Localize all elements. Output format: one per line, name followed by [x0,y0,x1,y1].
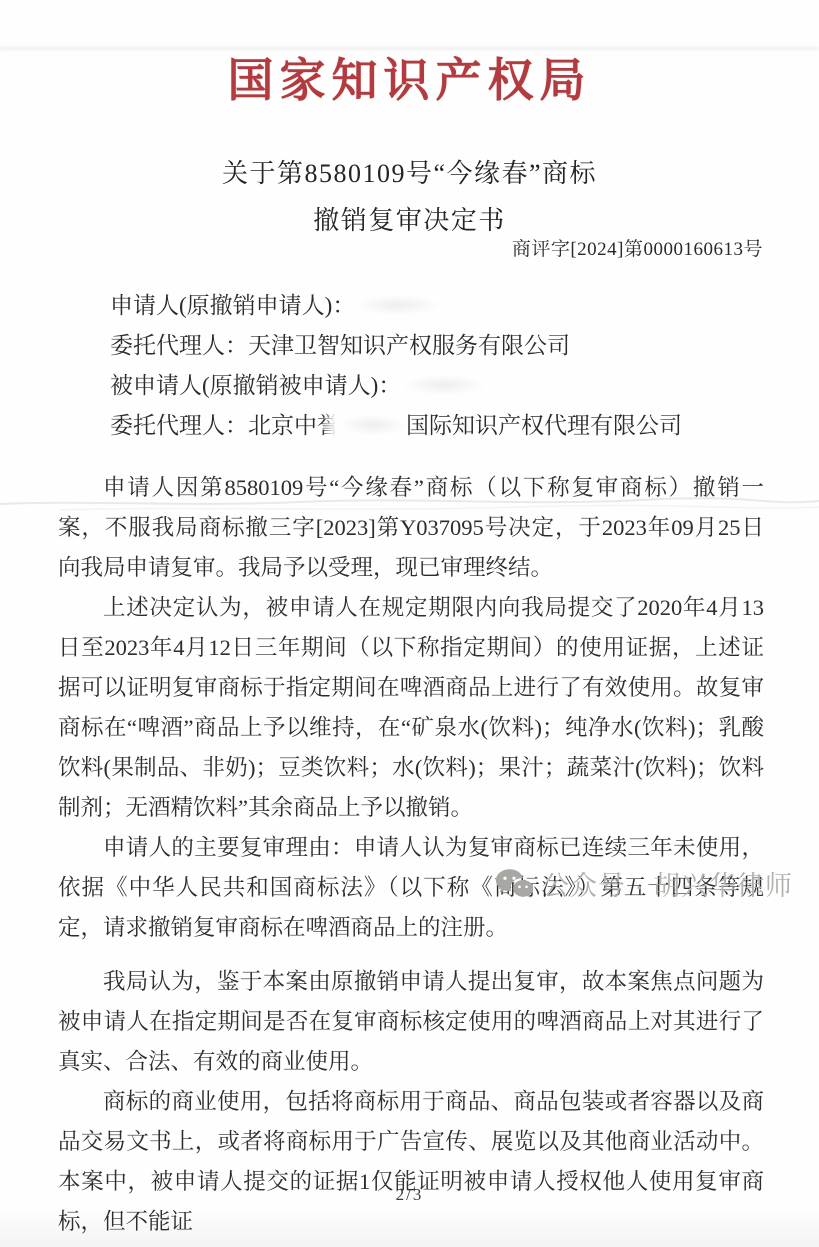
applicant-label: 申请人(原撤销申请人)： [110,293,355,318]
scanned-document-page: 国家知识产权局 关于第8580109号“今缘春”商标 撤销复审决定书 商评字[2… [0,0,819,1247]
doc-title-line1: 关于第8580109号“今缘春”商标 [0,150,819,197]
respondent-line: 被申请人(原撤销被申请人)： [110,366,750,406]
doc-number: 商评字[2024]第0000160613号 [512,234,763,261]
decision-body: 申请人因第8580109号“今缘春”商标（以下称复审商标）撤销一案，不服我局商标… [58,468,764,1242]
respondent-agent-partial-char: 誉 [317,413,340,438]
respondent-label: 被申请人(原撤销被申请人)： [110,373,401,398]
paragraph-bureau-opinion: 我局认为，鉴于本案由原撤销申请人提出复审，故本案焦点问题为被申请人在指定期间是否… [58,962,764,1082]
paragraph-applicant-grounds: 申请人的主要复审理由：申请人认为复审商标已连续三年未使用，依据《中华人民共和国商… [58,828,764,948]
respondent-agent-suffix: 国际知识产权代理有限公司 [406,413,682,438]
parties-block: 申请人(原撤销申请人)： 委托代理人：天津卫智知识产权服务有限公司 被申请人(原… [110,286,750,446]
applicant-agent-line: 委托代理人：天津卫智知识产权服务有限公司 [110,326,750,366]
redacted-applicant-name [355,295,441,315]
paragraph-prior-decision: 上述决定认为，被申请人在规定期限内向我局提交了2020年4月13日至2023年4… [58,588,764,828]
org-title: 国家知识产权局 [0,44,819,110]
redacted-respondent-name [401,375,487,395]
applicant-line: 申请人(原撤销申请人)： [110,286,750,326]
page-number: 2/3 [0,1185,819,1205]
respondent-agent-prefix: 委托代理人：北京中 [110,413,317,438]
redacted-agent-name-part [340,415,406,435]
paragraph-case-intro: 申请人因第8580109号“今缘春”商标（以下称复审商标）撤销一案，不服我局商标… [58,468,764,588]
doc-title: 关于第8580109号“今缘春”商标 撤销复审决定书 [0,150,819,244]
scan-bottom-strip [0,1207,819,1247]
respondent-agent-line: 委托代理人：北京中誉国际知识产权代理有限公司 [110,406,750,446]
